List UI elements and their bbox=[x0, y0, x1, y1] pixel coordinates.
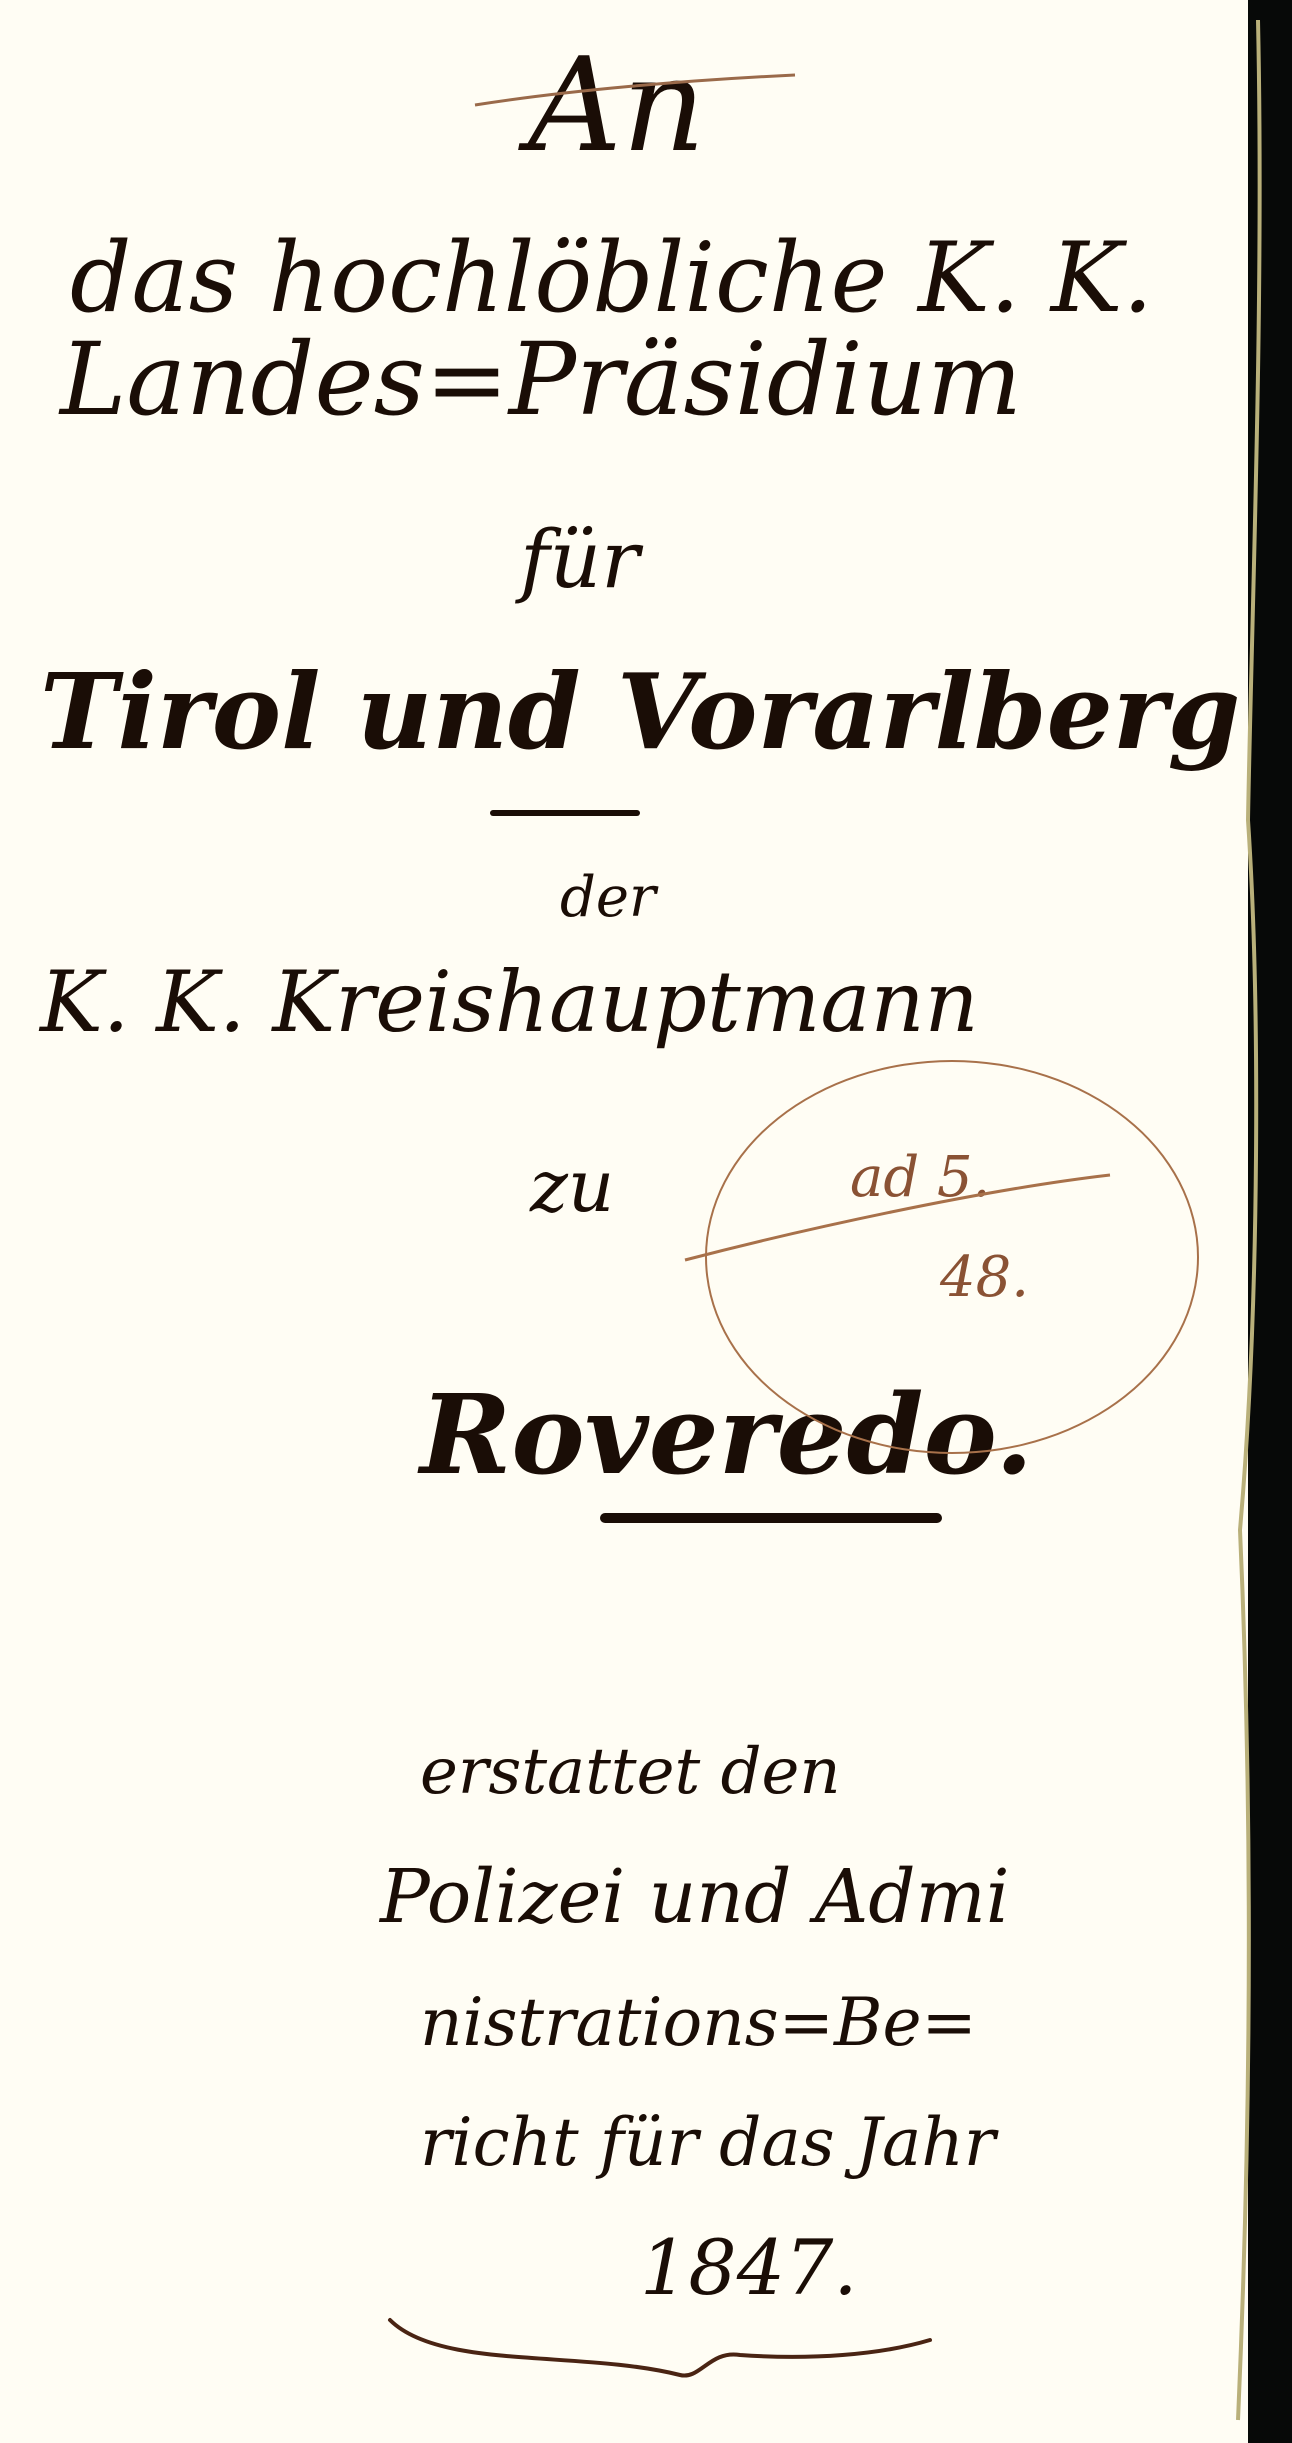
body-line-erstattet: erstattet den bbox=[420, 1740, 841, 1804]
body-line-polizei: Polizei und Admi bbox=[380, 1860, 1010, 1934]
page-edge-stitching bbox=[1230, 0, 1270, 2443]
manuscript-page: An das hochlöbliche K. K. Landes=Präsidi… bbox=[0, 0, 1258, 2443]
address-line-hochloebliche: das hochlöbliche K. K. bbox=[70, 230, 1153, 326]
address-line-fuer: für bbox=[520, 520, 639, 600]
an-strike-line bbox=[470, 70, 800, 110]
address-line-tirol-vorarlberg: Tirol und Vorarlberg bbox=[40, 660, 1240, 764]
closing-flourish bbox=[380, 2310, 940, 2390]
sender-line-der: der bbox=[560, 870, 656, 926]
body-line-year: 1847. bbox=[640, 2230, 858, 2306]
sender-line-kreishauptmann: K. K. Kreishauptmann bbox=[40, 960, 979, 1044]
body-line-richt: richt für das Jahr bbox=[420, 2110, 995, 2176]
body-line-nistrations: nistrations=Be= bbox=[420, 1990, 977, 2056]
separator-rule bbox=[490, 810, 640, 816]
stamp-strike-line bbox=[680, 1170, 1120, 1270]
sender-line-zu: zu bbox=[530, 1150, 614, 1222]
roveredo-underline bbox=[600, 1513, 942, 1523]
address-line-landes-praesidium: Landes=Präsidium bbox=[60, 330, 1022, 430]
